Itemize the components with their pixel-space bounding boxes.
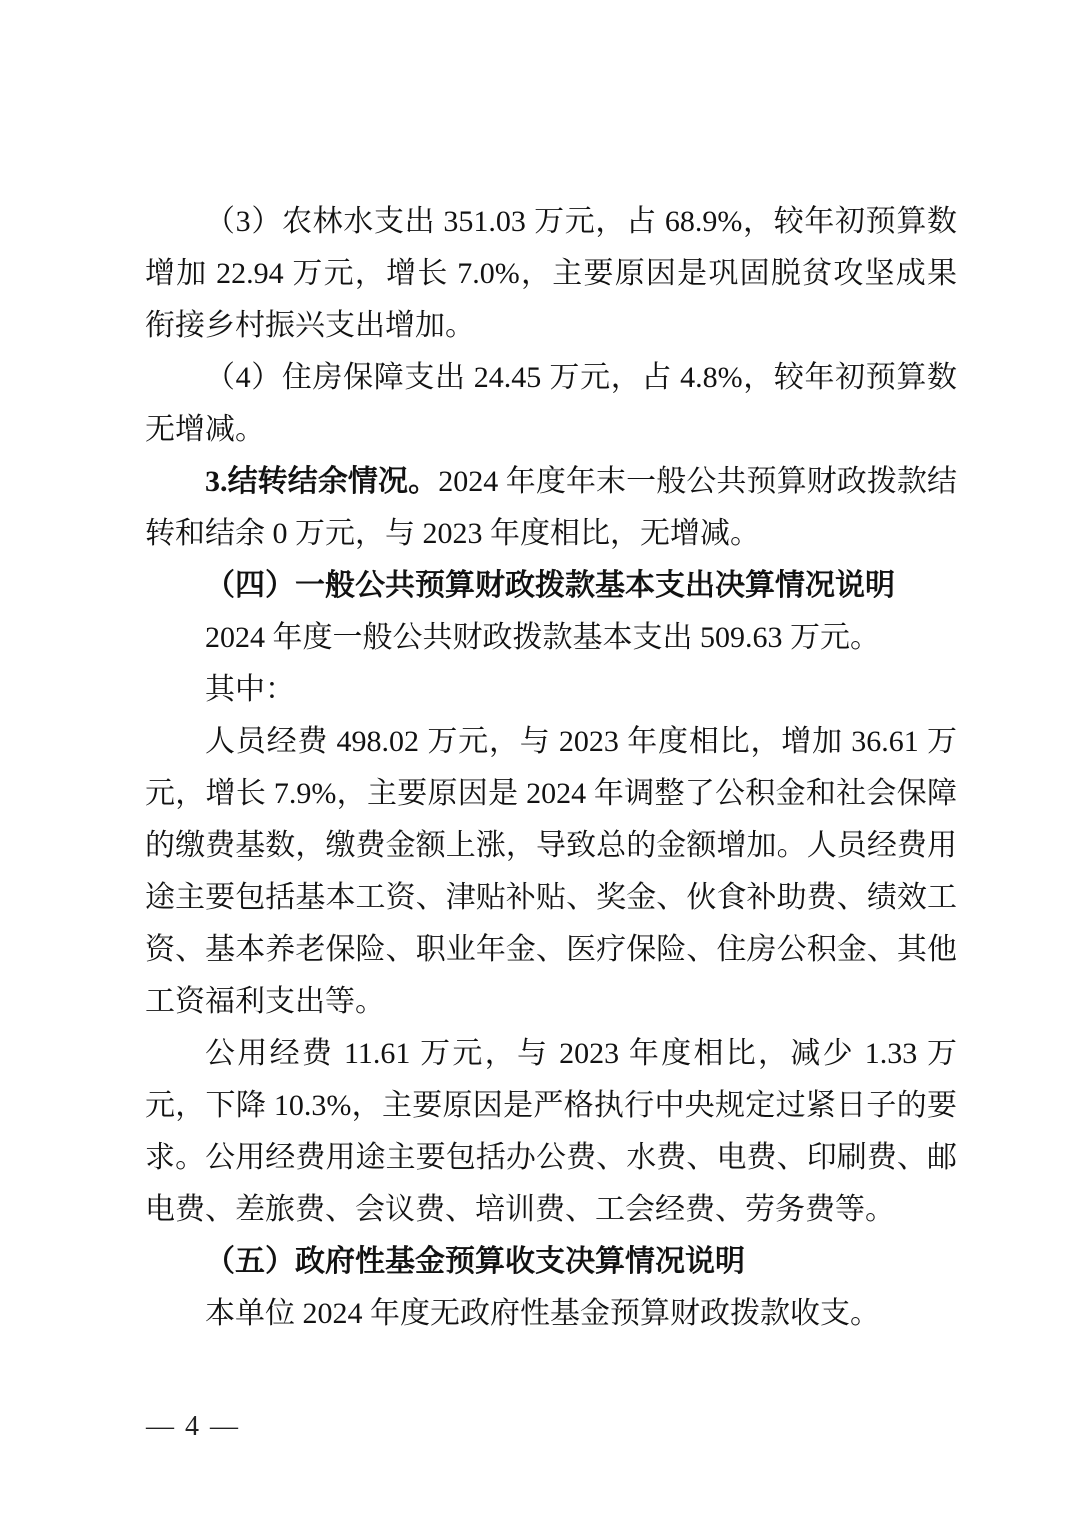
document-body: （3）农林水支出 351.03 万元，占 68.9%，较年初预算数增加 22.9… bbox=[145, 196, 957, 1340]
paragraph: 人员经费 498.02 万元，与 2023 年度相比，增加 36.61 万元，增… bbox=[145, 716, 957, 1028]
paragraph: 本单位 2024 年度无政府性基金预算财政拨款收支。 bbox=[145, 1288, 957, 1340]
section-heading: （五）政府性基金预算收支决算情况说明 bbox=[145, 1236, 957, 1288]
paragraph: （3）农林水支出 351.03 万元，占 68.9%，较年初预算数增加 22.9… bbox=[145, 196, 957, 352]
paragraph: 其中： bbox=[145, 664, 957, 716]
paragraph: 公用经费 11.61 万元，与 2023 年度相比，减少 1.33 万元，下降 … bbox=[145, 1028, 957, 1236]
paragraph: 2024 年度一般公共财政拨款基本支出 509.63 万元。 bbox=[145, 612, 957, 664]
paragraph-bold-lead: 3.结转结余情况。 bbox=[205, 465, 438, 498]
page-footer: — 4 — bbox=[146, 1401, 240, 1453]
paragraph: （4）住房保障支出 24.45 万元，占 4.8%，较年初预算数无增减。 bbox=[145, 352, 957, 456]
paragraph: 3.结转结余情况。2024 年度年末一般公共预算财政拨款结转和结余 0 万元，与… bbox=[145, 456, 957, 560]
document-page: { "page": { "number_label": "— 4 —" }, "… bbox=[0, 0, 1075, 1520]
page-number: — 4 — bbox=[146, 1411, 240, 1442]
section-heading: （四）一般公共预算财政拨款基本支出决算情况说明 bbox=[145, 560, 957, 612]
